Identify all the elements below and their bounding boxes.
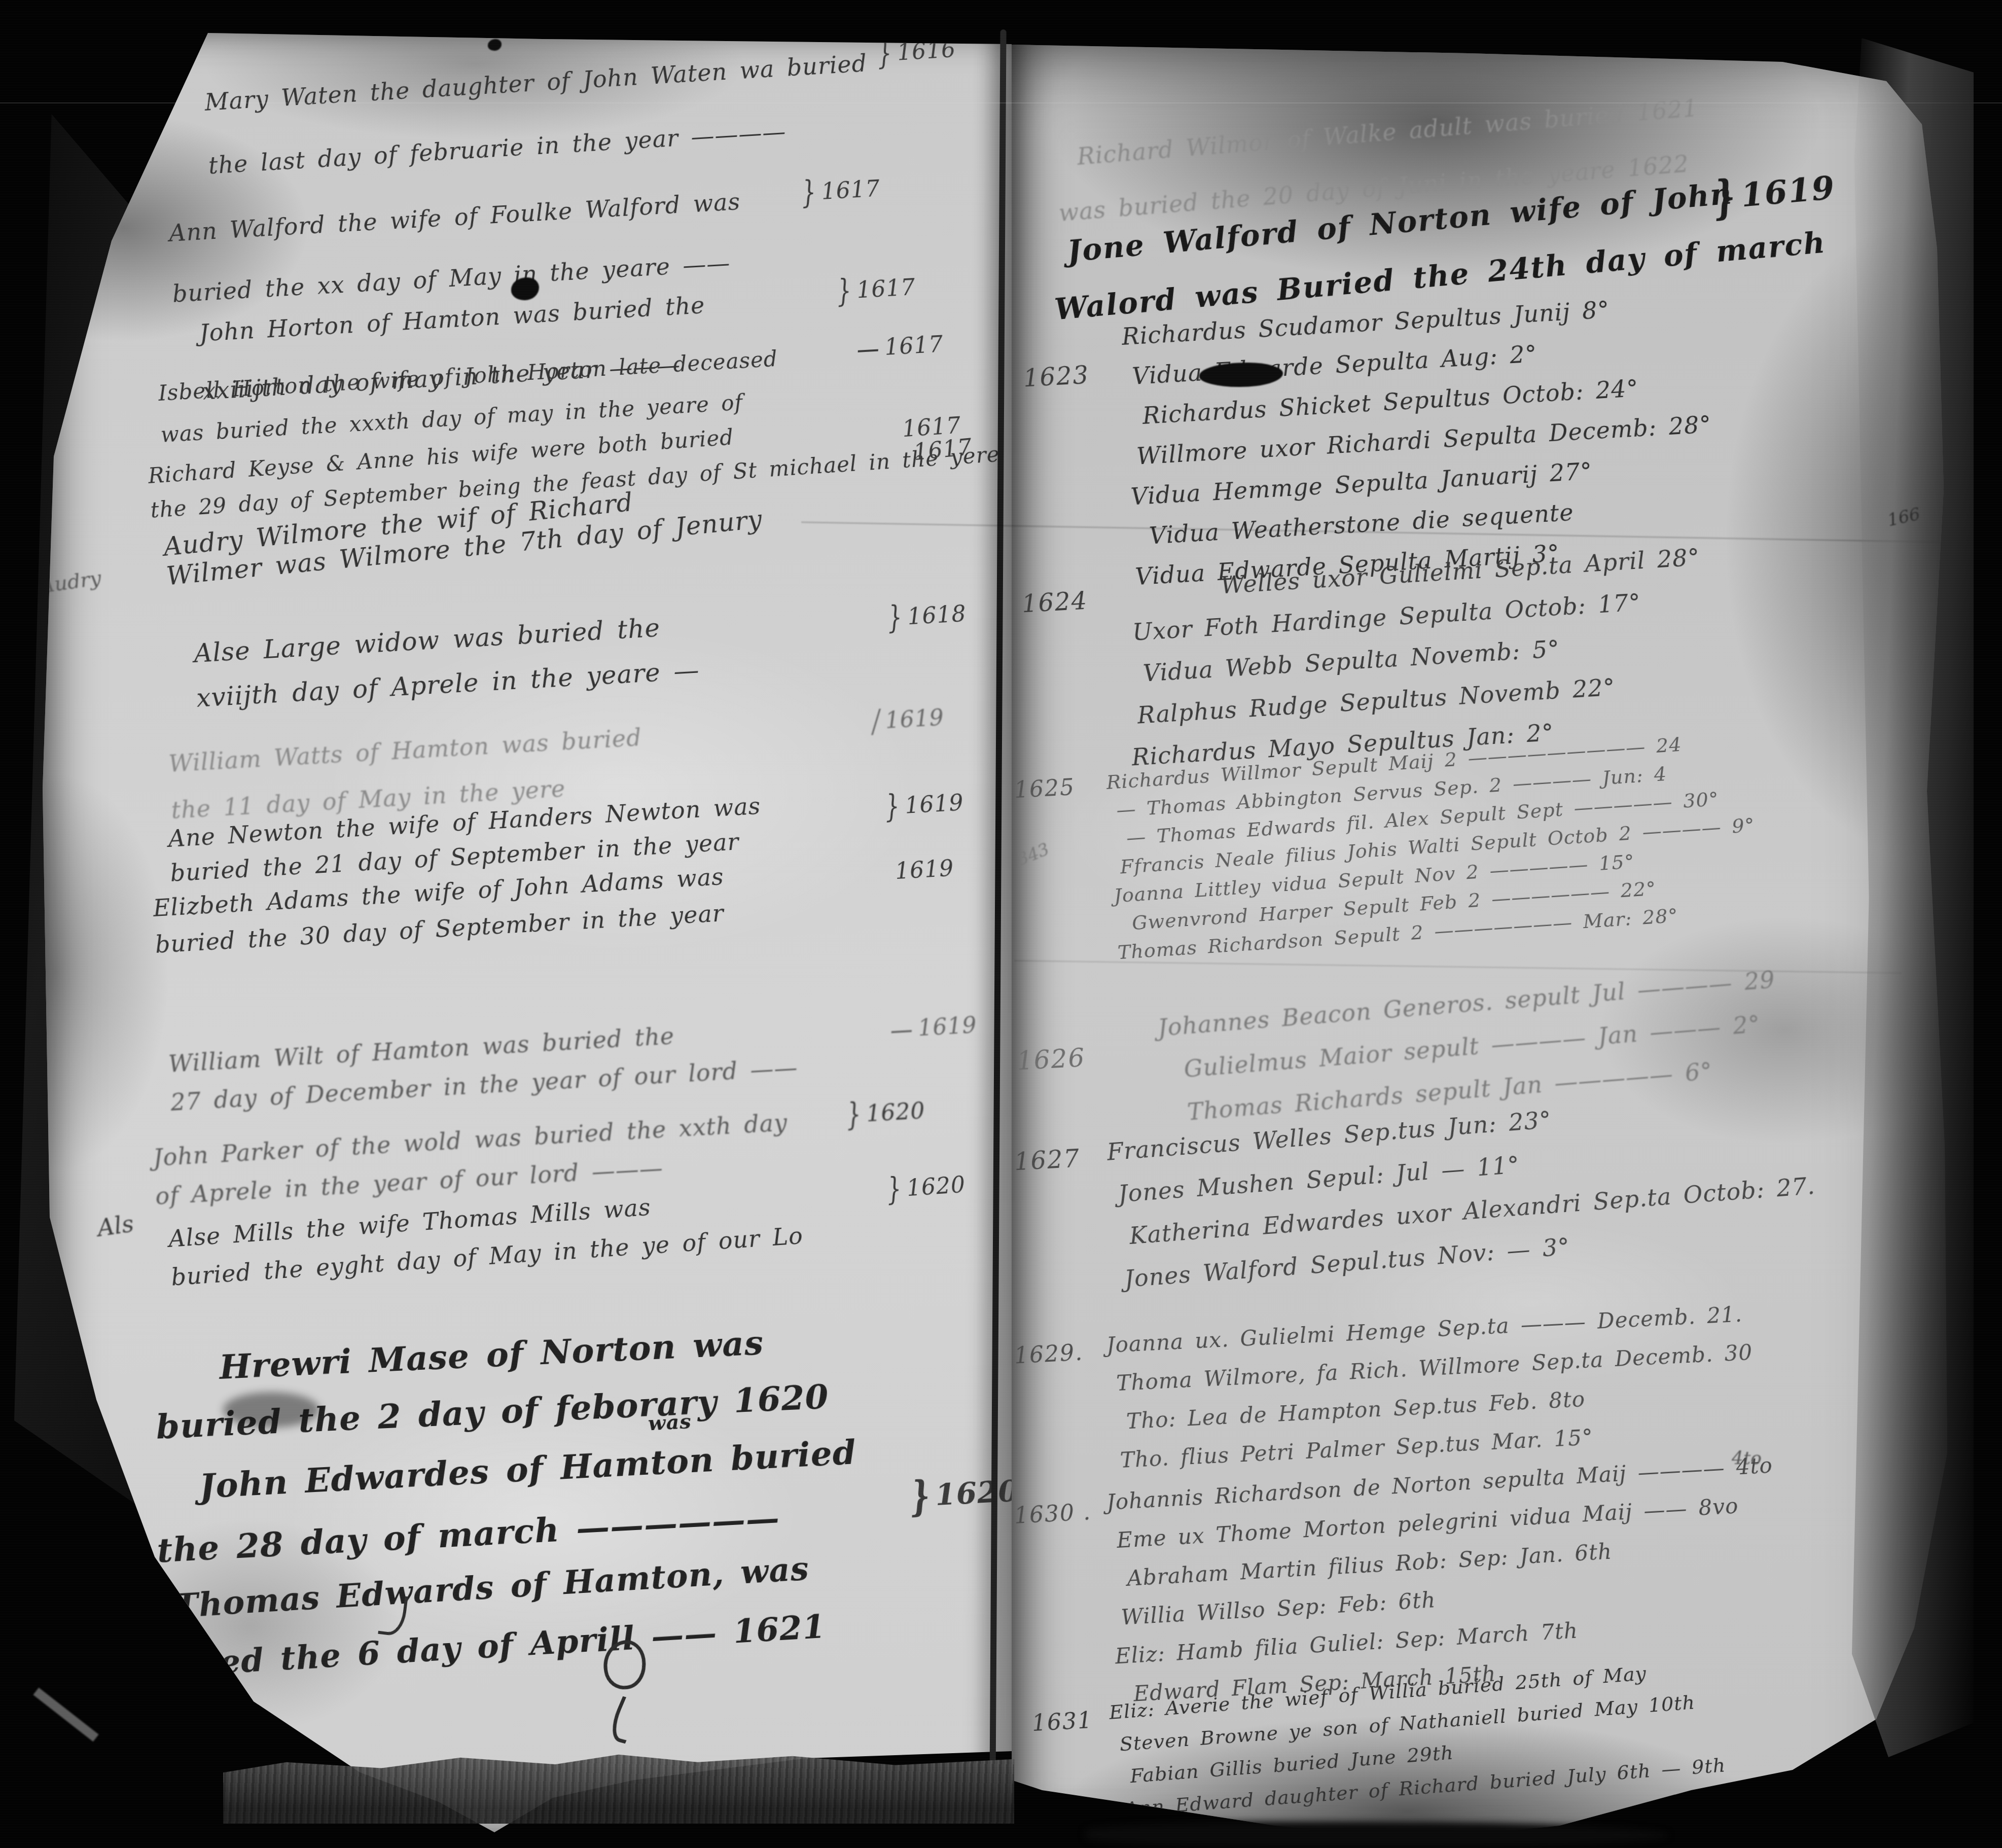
ink-blotch — [1085, 1822, 1668, 1848]
year-label: 1625 — [1014, 774, 1076, 803]
year-value: 1617 — [884, 331, 944, 360]
entry-year: }1620 — [846, 1098, 926, 1128]
year-value: 1620 — [935, 1473, 1020, 1512]
manuscript-photo: Mary Waten the daughter of John Waten wa… — [0, 0, 2002, 1848]
entry-year: —1617 — [856, 331, 944, 362]
entry-year: }1620 — [886, 1172, 967, 1203]
margin-scribble: 343 — [1014, 839, 1052, 870]
burial-entry: Alse Large widow was buried the xviijth … — [193, 603, 701, 721]
left-page: Mary Waten the daughter of John Waten wa… — [35, 28, 1012, 1843]
brace-mark: — — [889, 1011, 914, 1048]
brace-mark: / — [871, 703, 881, 739]
ink-doodle — [605, 1696, 643, 1744]
entry-year: —1619 — [889, 1012, 978, 1043]
brace-mark: } — [876, 35, 893, 72]
register-group: Richardus Willmor Sepult Maij 2 ————————… — [1105, 726, 1761, 967]
brace-mark: } — [846, 1096, 863, 1133]
entry-year: }1619 — [884, 790, 964, 820]
entry-year: }1617 — [801, 176, 881, 206]
inserted-word: was — [648, 1409, 692, 1435]
brace-mark: } — [1712, 170, 1738, 225]
entry-year: }1617 — [836, 274, 916, 305]
ink-smudge — [223, 1392, 319, 1428]
year-label: 1630 . — [1014, 1499, 1092, 1529]
brace-mark: — — [856, 330, 881, 367]
year-value: 1616 — [897, 37, 957, 66]
entry-year: }1616 — [877, 37, 957, 67]
year-value: 1620 — [906, 1172, 966, 1202]
year-value: 1617 — [820, 176, 881, 205]
brace-mark: } — [910, 1471, 932, 1520]
year-label: 1623 — [1023, 361, 1090, 393]
year-label: 1631 — [1031, 1708, 1093, 1736]
brace-mark: } — [836, 273, 853, 310]
film-scratch-line — [0, 102, 2002, 103]
brace-mark: } — [884, 788, 901, 825]
brace-mark: } — [801, 174, 817, 211]
year-label: 1627 — [1014, 1145, 1081, 1177]
year-value: 1619 — [917, 1012, 978, 1041]
ink-hole-dot — [488, 39, 502, 51]
year-value: 1619 — [904, 790, 964, 819]
entry-year: }1618 — [887, 601, 967, 631]
year-value: 1619 — [895, 856, 955, 884]
entry-year: 1619 — [889, 856, 955, 885]
margin-note: Als — [96, 1210, 135, 1241]
burial-entry: Mary Waten the daughter of John Waten wa… — [203, 31, 873, 197]
year-label: 1629. — [1014, 1339, 1084, 1369]
fore-edge-pages — [1852, 38, 1974, 1757]
year-label: 1624 — [1021, 587, 1089, 619]
year-value: 1618 — [907, 601, 967, 630]
brace-mark: } — [886, 1171, 903, 1208]
cover-highlight — [33, 1688, 98, 1742]
year-label: 1626 — [1016, 1043, 1086, 1076]
brace-mark: } — [887, 599, 904, 636]
year-value: 1619 — [884, 704, 945, 733]
entry-year: }1620 — [910, 1473, 1020, 1513]
right-page: Richard Wilmor of Walke adult was buried… — [1012, 30, 1955, 1848]
entry-year: /1619 — [872, 704, 945, 734]
year-value: 1617 — [856, 274, 916, 303]
year-value: 1620 — [866, 1098, 926, 1127]
burial-entry: William Wilt of Hamton was buried the 27… — [167, 1010, 799, 1122]
